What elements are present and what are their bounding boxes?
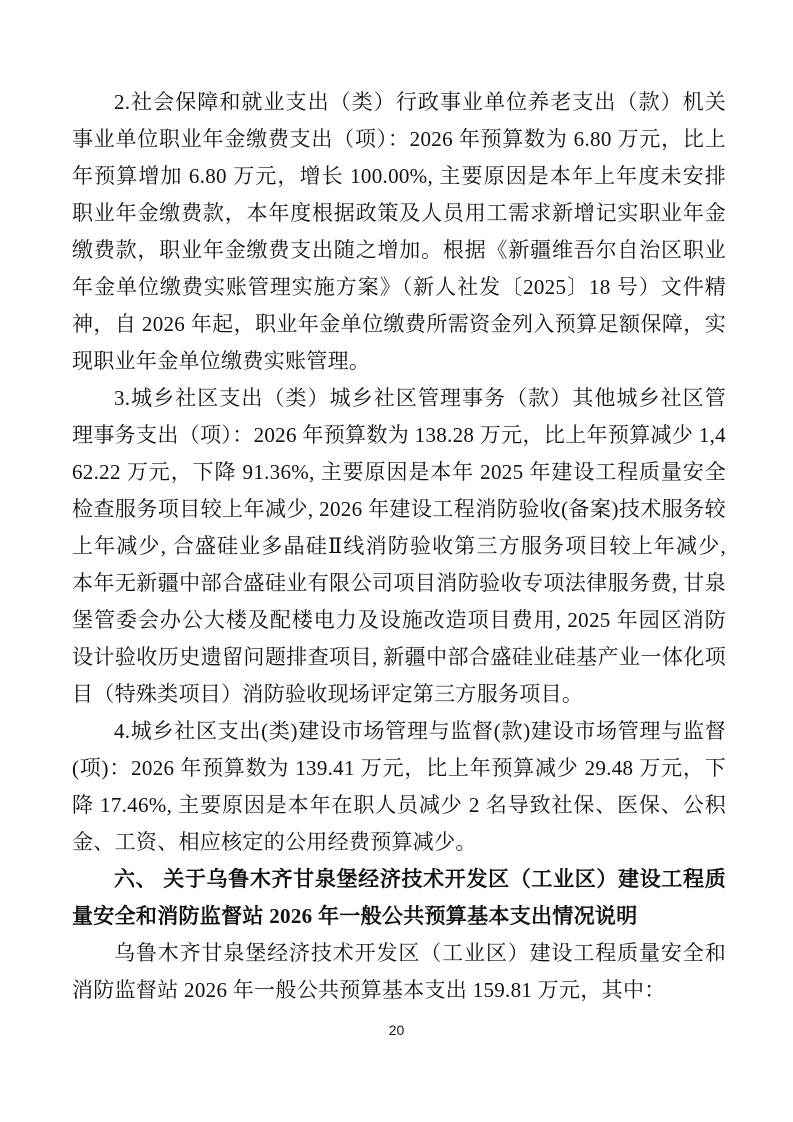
- page-number: 20: [389, 1022, 405, 1038]
- document-page: 2.社会保障和就业支出（类）行政事业单位养老支出（款）机关事业单位职业年金缴费支…: [0, 0, 793, 1122]
- document-body: 2.社会保障和就业支出（类）行政事业单位养老支出（款）机关事业单位职业年金缴费支…: [72, 84, 726, 1009]
- paragraph-community-management-expenditure: 3.城乡社区支出（类）城乡社区管理事务（款）其他城乡社区管理事务支出（项）：20…: [72, 380, 726, 713]
- paragraph-construction-market-expenditure: 4.城乡社区支出(类)建设市场管理与监督(款)建设市场管理与监督(项)：2026…: [72, 713, 726, 861]
- section-six-heading: 六、 关于乌鲁木齐甘泉堡经济技术开发区（工业区）建设工程质量安全和消防监督站 2…: [72, 861, 726, 935]
- paragraph-social-security-expenditure: 2.社会保障和就业支出（类）行政事业单位养老支出（款）机关事业单位职业年金缴费支…: [72, 84, 726, 380]
- page-footer: 20: [0, 1022, 793, 1040]
- paragraph-basic-expenditure-intro: 乌鲁木齐甘泉堡经济技术开发区（工业区）建设工程质量安全和消防监督站 2026 年…: [72, 935, 726, 1009]
